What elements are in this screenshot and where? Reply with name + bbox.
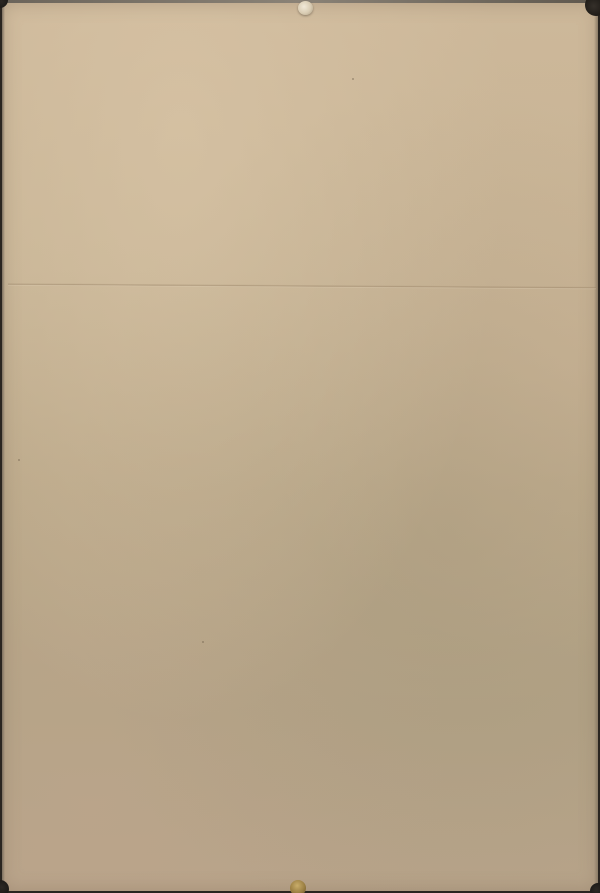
- brass-pushpin-icon: [290, 880, 306, 893]
- paper-edge-right: [594, 3, 598, 891]
- paper-speck: [202, 641, 204, 643]
- paper-speck: [18, 459, 20, 461]
- paper-speck: [352, 78, 354, 80]
- dark-pushpin-icon: [590, 883, 600, 893]
- fold-crease: [8, 283, 596, 290]
- white-pushpin-icon: [298, 1, 313, 15]
- paper-edge-left: [2, 3, 5, 891]
- blank-paper-sheet: [2, 3, 598, 891]
